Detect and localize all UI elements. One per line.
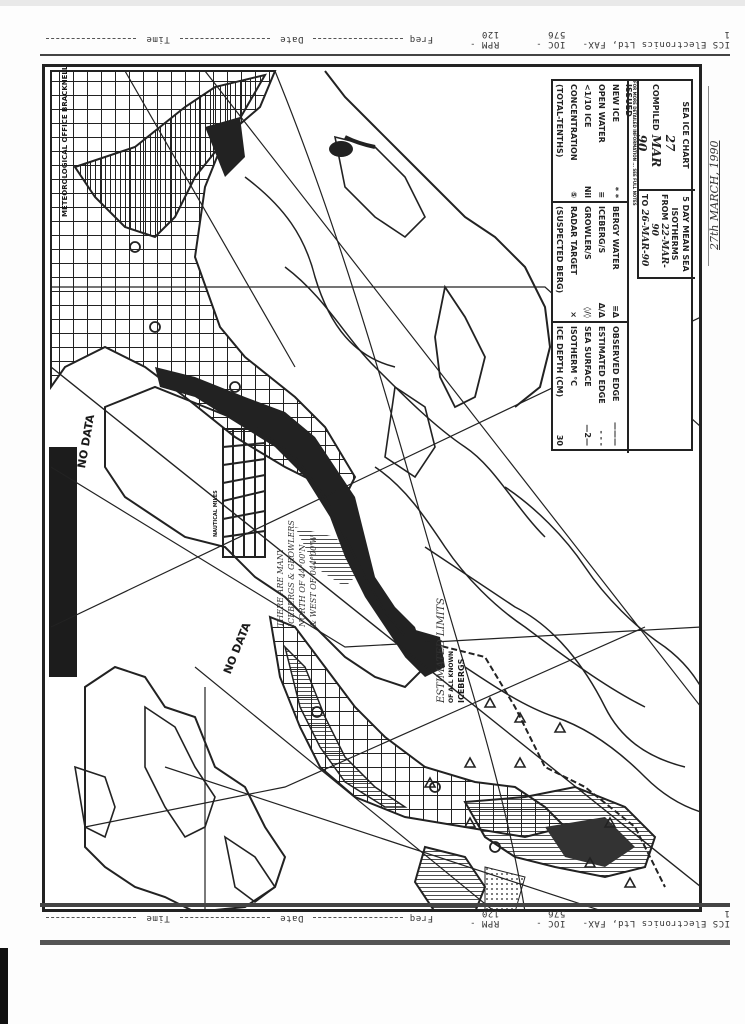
fax-ioc: IOC - 576 bbox=[513, 29, 565, 49]
legend-item-symbol: Δ/Δ bbox=[598, 303, 607, 318]
legend-item-symbol: ⑤ bbox=[570, 191, 579, 198]
estimated-limits-line: OF ALL KNOWN bbox=[447, 598, 457, 703]
legend-box: SEA ICE CHART COMPILED 27 MAR 90 ISSUED … bbox=[551, 79, 693, 451]
fax-freq-label: Freq bbox=[409, 913, 433, 923]
fax-device: ICS Electronics Ltd, FAX-1 bbox=[579, 29, 730, 49]
fax-rpm: RPM - 120 bbox=[447, 29, 499, 49]
isotherm-title: 5 DAY MEAN SEA bbox=[680, 194, 691, 274]
freq-blank bbox=[313, 39, 403, 40]
legend-item-symbol: Nil bbox=[584, 186, 593, 198]
legend-item: CONCENTRATION⑤ bbox=[567, 84, 581, 198]
fax-rpm: RPM - 120 bbox=[447, 908, 499, 928]
legend-item: SEA SURFACE—2— bbox=[581, 326, 595, 446]
from-label: FROM bbox=[649, 194, 669, 220]
to-label: TO bbox=[639, 194, 649, 206]
legend-item-label: <1/10 ICE bbox=[584, 84, 593, 127]
fax-date-label: Date bbox=[280, 913, 304, 923]
date-blank bbox=[180, 918, 270, 919]
date-blank bbox=[180, 39, 270, 40]
legend-item-symbol: ——— bbox=[612, 422, 621, 446]
legend-item-label: GROWLER/S bbox=[584, 206, 593, 260]
iceberg-note-line: ICEBERGS & GROWLERS bbox=[286, 520, 297, 627]
scan-divider bbox=[40, 54, 730, 56]
chart-title: SEA ICE CHART bbox=[680, 84, 691, 186]
time-blank bbox=[46, 39, 136, 40]
fax-time-label: Time bbox=[146, 913, 170, 923]
fax-device: ICS Electronics Ltd, FAX-1 bbox=[579, 908, 730, 928]
to-value: 26-MAR-90 bbox=[639, 209, 649, 266]
iceberg-note: THERE ARE MANY ICEBERGS & GROWLERS NORTH… bbox=[275, 520, 319, 627]
legend-item: <1/10 ICENil bbox=[581, 84, 595, 198]
estimated-limits-note: ESTIMATED LIMITS OF ALL KNOWN ICEBERGS bbox=[437, 598, 467, 703]
legend-chart-title: SEA ICE CHART COMPILED 27 MAR 90 ISSUED bbox=[637, 81, 695, 191]
legend-item-symbol: ◊/◊ bbox=[584, 307, 593, 318]
iceberg-note-line: THERE ARE MANY bbox=[275, 520, 286, 627]
fax-ioc: IOC - 576 bbox=[513, 908, 565, 928]
legend-item-symbol: × bbox=[570, 311, 579, 318]
legend-item: OBSERVED EDGE——— bbox=[609, 326, 623, 446]
legend-item: OPEN WATER≡ bbox=[595, 84, 609, 198]
legend-item-label: BERGY WATER bbox=[612, 206, 621, 270]
scan-divider bbox=[40, 940, 730, 945]
legend-item: BERGY WATER≡Δ bbox=[609, 206, 623, 318]
estimated-limits-line: ICEBERGS bbox=[457, 598, 467, 703]
legend-item: ESTIMATED EDGE- - - bbox=[595, 326, 609, 446]
legend-isotherm-period: 5 DAY MEAN SEA ISOTHERMS FROM22-MAR-90 T… bbox=[637, 191, 695, 279]
fax-footer-strip: ICS Electronics Ltd, FAX-1 IOC - 576 RPM… bbox=[40, 907, 730, 929]
legend-item: RADAR TARGET× bbox=[567, 206, 581, 318]
legend-column-3: OBSERVED EDGE———ESTIMATED EDGE- - -SEA S… bbox=[553, 323, 627, 449]
legend-item-label: NEW ICE bbox=[612, 84, 621, 122]
legend-item-label: OPEN WATER bbox=[598, 84, 607, 143]
legend-item: (SUSPECTED BERG) bbox=[553, 206, 567, 318]
legend-item-symbol: 30 bbox=[556, 435, 565, 446]
legend-item: ICE DEPTH (CM)30 bbox=[553, 326, 567, 446]
legend-column-2: BERGY WATER≡ΔICEBERG/SΔ/ΔGROWLER/S◊/◊RAD… bbox=[553, 203, 627, 323]
iceberg-note-line: & WEST OF 044°00'W bbox=[308, 520, 319, 627]
fax-time-label: Time bbox=[146, 34, 170, 44]
iceberg-note-line: NORTH OF 44°00'N bbox=[297, 520, 308, 627]
legend-item: ICEBERG/SΔ/Δ bbox=[595, 206, 609, 318]
legend-item: (TOTAL-TENTHS) bbox=[553, 84, 567, 198]
legend-item: GROWLER/S◊/◊ bbox=[581, 206, 595, 318]
legend-item-label: RADAR TARGET bbox=[570, 206, 579, 275]
compiled-label: COMPILED bbox=[652, 84, 661, 131]
page-top-edge bbox=[0, 0, 745, 6]
legend-item-label: CONCENTRATION bbox=[570, 84, 579, 161]
time-blank bbox=[46, 918, 136, 919]
legend-item-label: SEA SURFACE bbox=[584, 326, 593, 387]
issuer-label: METEOROLOGICAL OFFICE BRACKNELL bbox=[61, 66, 69, 217]
scale-label: NAUTICAL MILES bbox=[213, 490, 219, 537]
legend-item-label: ICEBERG/S bbox=[598, 206, 607, 253]
legend-item-label: ISOTHERM °C bbox=[570, 326, 579, 386]
sea-ice-chart: METEOROLOGICAL OFFICE BRACKNELL NO DATA … bbox=[42, 64, 702, 912]
freq-blank bbox=[313, 918, 403, 919]
fax-date-label: Date bbox=[280, 34, 304, 44]
fax-header-strip: ICS Electronics Ltd, FAX-1 IOC - 576 RPM… bbox=[40, 28, 730, 50]
legend-item-label: ESTIMATED EDGE bbox=[598, 326, 607, 404]
legend-item-label: ICE DEPTH (CM) bbox=[556, 326, 565, 397]
legend-item: NEW ICE* * bbox=[609, 84, 623, 198]
isotherm-subtitle: ISOTHERMS bbox=[669, 194, 680, 274]
legend-item-symbol: - - - bbox=[598, 430, 607, 446]
legend-column-1: NEW ICE* *OPEN WATER≡<1/10 ICENilCONCENT… bbox=[553, 81, 627, 203]
compiled-value: 27 MAR 90 bbox=[635, 135, 677, 186]
legend-item: ISOTHERM °C bbox=[567, 326, 581, 446]
legend-item-label: OBSERVED EDGE bbox=[612, 326, 621, 402]
legend-item-symbol: ≡Δ bbox=[612, 305, 621, 318]
legend-fine-print: FOR MORE DETAILED INFORMATION ... SEE FU… bbox=[627, 81, 637, 453]
legend-item-label: (TOTAL-TENTHS) bbox=[556, 84, 565, 157]
legend-item-label: (SUSPECTED BERG) bbox=[556, 206, 565, 293]
handwritten-date: 27th MARCH, 1990 bbox=[708, 141, 721, 250]
legend-item-symbol: * * bbox=[612, 187, 621, 198]
from-value: 22-MAR-90 bbox=[649, 223, 669, 274]
page-edge bbox=[0, 948, 8, 1024]
legend-item-symbol: —2— bbox=[584, 424, 593, 446]
legend-item-symbol: ≡ bbox=[598, 191, 607, 198]
estimated-limits-line: ESTIMATED LIMITS bbox=[437, 598, 447, 703]
fax-freq-label: Freq bbox=[409, 34, 433, 44]
